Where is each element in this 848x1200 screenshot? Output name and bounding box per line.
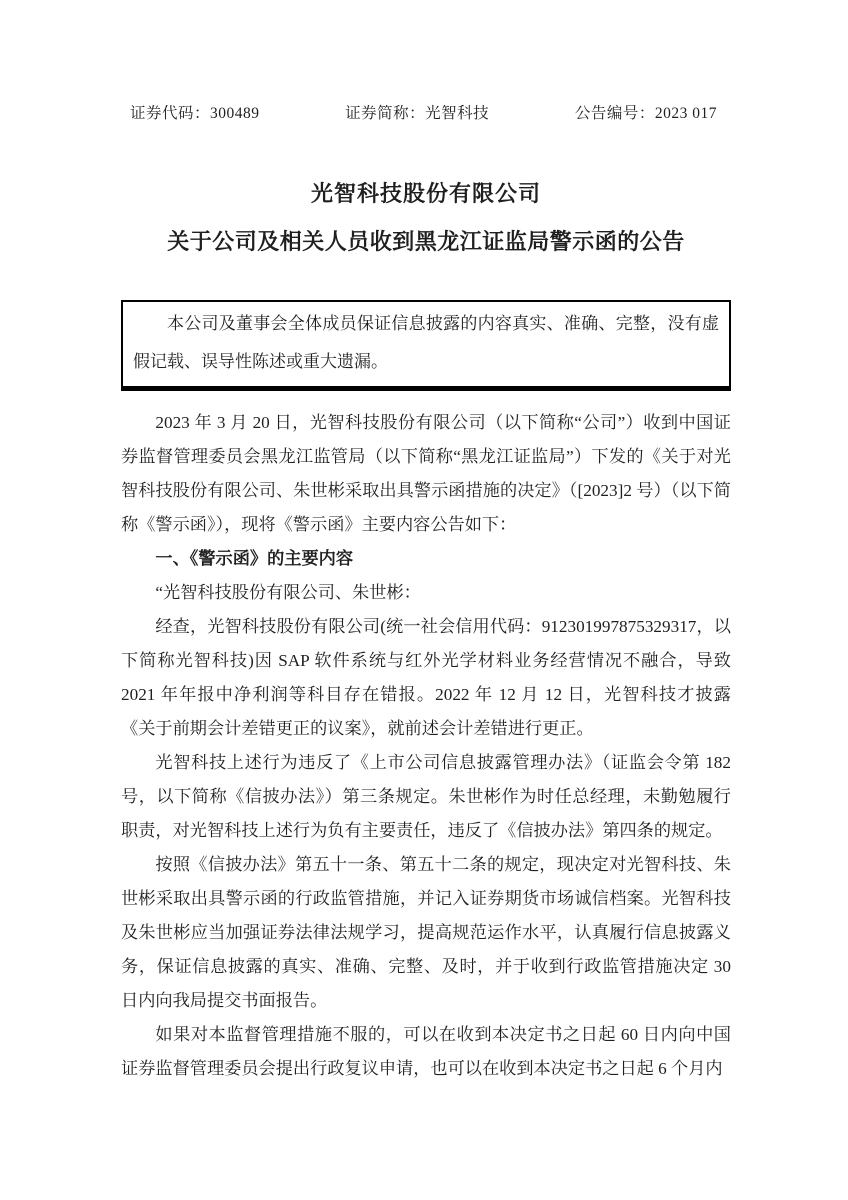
document-header: 证券代码：300489 证券简称：光智科技 公告编号：2023 017 <box>121 103 731 125</box>
letter-salutation: “光智科技股份有限公司、朱世彬： <box>121 576 731 610</box>
appeal-paragraph: 如果对本监督管理措施不服的，可以在收到本决定书之日起 60 日内向中国证券监督管… <box>121 1018 731 1086</box>
investigation-paragraph: 经查，光智科技股份有限公司(统一社会信用代码：91230199787532931… <box>121 610 731 746</box>
document-content: 证券代码：300489 证券简称：光智科技 公告编号：2023 017 光智科技… <box>0 0 848 1086</box>
stock-code: 证券代码：300489 <box>130 103 260 125</box>
decision-paragraph: 按照《信披办法》第五十一条、第五十二条的规定，现决定对光智科技、朱世彬采取出具警… <box>121 848 731 1018</box>
stock-abbreviation: 证券简称：光智科技 <box>345 103 489 125</box>
announcement-number: 公告编号：2023 017 <box>575 103 717 125</box>
declaration-box: 本公司及董事会全体成员保证信息披露的内容真实、准确、完整，没有虚假记载、误导性陈… <box>121 300 731 391</box>
declaration-text: 本公司及董事会全体成员保证信息披露的内容真实、准确、完整，没有虚假记载、误导性陈… <box>133 305 719 381</box>
section-heading-1: 一、《警示函》的主要内容 <box>121 542 731 576</box>
announcement-title: 关于公司及相关人员收到黑龙江证监局警示函的公告 <box>121 228 731 255</box>
company-name-title: 光智科技股份有限公司 <box>121 181 731 207</box>
document-body: 2023 年 3 月 20 日，光智科技股份有限公司（以下简称“公司”）收到中国… <box>121 406 731 1086</box>
intro-paragraph: 2023 年 3 月 20 日，光智科技股份有限公司（以下简称“公司”）收到中国… <box>121 406 731 542</box>
violation-paragraph: 光智科技上述行为违反了《上市公司信息披露管理办法》（证监会令第 182 号，以下… <box>121 746 731 848</box>
document-page: 证券代码：300489 证券简称：光智科技 公告编号：2023 017 光智科技… <box>0 0 848 1200</box>
